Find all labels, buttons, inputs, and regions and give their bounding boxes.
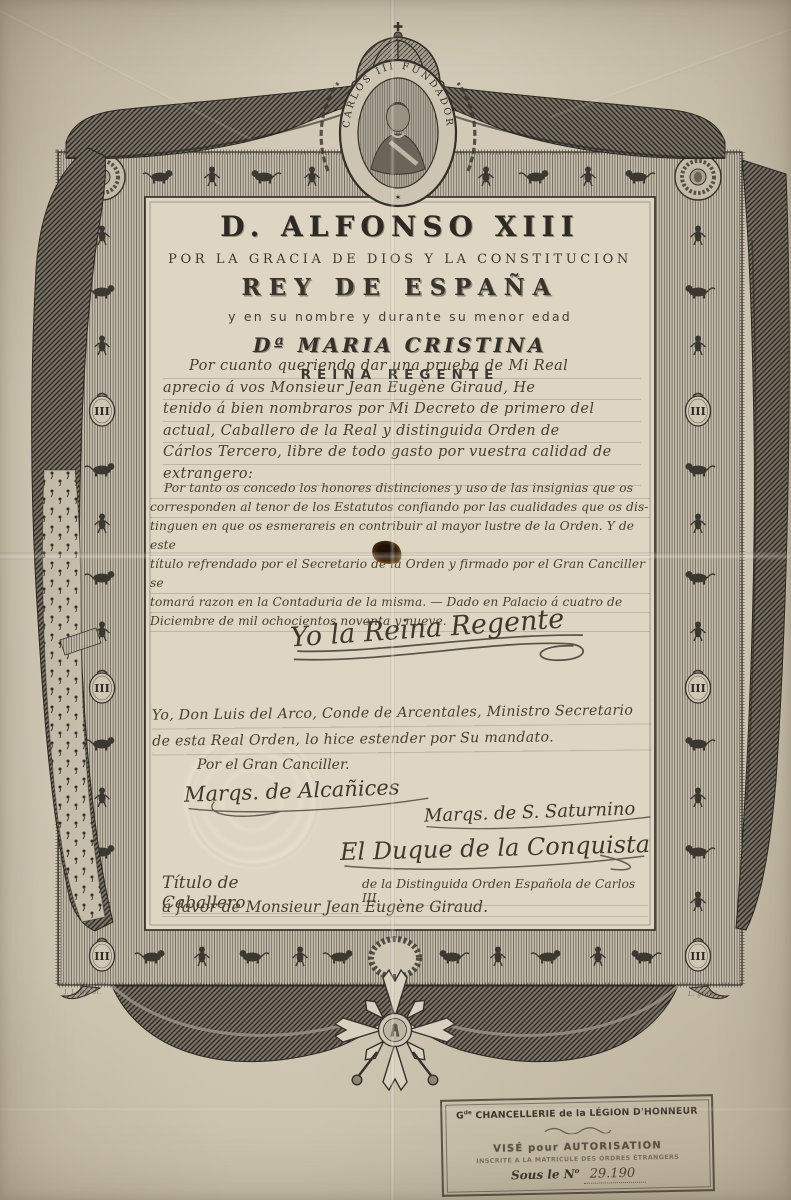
stamp-g: G xyxy=(456,1110,464,1121)
hand-line: Cárlos Tercero, libre de todo gasto por … xyxy=(163,442,641,464)
hand-line: corresponden al tenor de los Estatutos c… xyxy=(150,498,650,517)
stamp-sup: de xyxy=(464,1110,472,1116)
body-paragraph-1: Por cuanto queriendo dar una prueba de M… xyxy=(163,356,641,485)
legion-stamp: Gde CHANCELLERIE de la LÉGION D'HONNEUR … xyxy=(440,1094,715,1197)
favor-line: á favor de Monsieur Jean Eugène Giraud. xyxy=(162,898,648,916)
legion-stamp-frame: Gde CHANCELLERIE de la LÉGION D'HONNEUR … xyxy=(445,1099,711,1193)
king-title: D. ALFONSO XIII xyxy=(145,210,655,243)
medallion-star: ✶ xyxy=(395,193,402,202)
stamp-chancellerie: CHANCELLERIE de la LÉGION D'HONNEUR xyxy=(472,1105,698,1121)
engraver-credit-right: L. grabó xyxy=(688,991,718,998)
secretary-note: Yo, Don Luis del Arco, Conde de Arcental… xyxy=(152,697,653,754)
sous-sup: o xyxy=(575,1166,580,1175)
svg-text:III: III xyxy=(94,950,109,963)
laurel-wreath-icon xyxy=(370,938,420,978)
hand-line: Por tanto os concedo los honores distinc… xyxy=(150,479,650,498)
grace-line: POR LA GRACIA DE DIOS Y LA CONSTITUCION xyxy=(145,252,655,267)
svg-text:III: III xyxy=(690,950,705,963)
gran-canciller-text: Por el Gran Canciller. xyxy=(197,757,350,773)
svg-text:III: III xyxy=(94,682,109,695)
gran-canciller-label: Por el Gran Canciller. xyxy=(197,757,350,773)
stamp-divider-squiggle xyxy=(542,1126,612,1134)
svg-text:III: III xyxy=(94,405,109,418)
aged-paper-background: III III III III III III xyxy=(0,0,791,1200)
svg-text:III: III xyxy=(690,405,705,418)
stamp-line-1: Gde CHANCELLERIE de la LÉGION D'HONNEUR xyxy=(450,1105,704,1121)
hand-line: tenido á bien nombraros por Mi Decreto d… xyxy=(163,399,641,421)
hand-line: tomará razon en la Contaduria de la mism… xyxy=(150,593,650,612)
hand-line: Yo, Don Luis del Arco, Conde de Arcental… xyxy=(152,697,652,728)
maria-cristina: Dª MARIA CRISTINA xyxy=(145,333,655,357)
stamp-number: 29.190 xyxy=(584,1165,646,1183)
hand-line: de esta Real Orden, lo hice estender por… xyxy=(152,723,652,754)
sous-le-no-label: Sous le N xyxy=(511,1167,575,1182)
engraver-credit-left: J. Latre dl. xyxy=(64,989,102,996)
hand-line: actual, Caballero de la Real y distingui… xyxy=(163,421,641,443)
favor-line-text: á favor de Monsieur Jean Eugène Giraud. xyxy=(162,898,488,916)
hand-line: Por cuanto queriendo dar una prueba de M… xyxy=(163,356,641,378)
rey-de-espana: REY DE ESPAÑA xyxy=(145,274,655,301)
svg-text:III: III xyxy=(690,682,705,695)
regency-line: y en su nombre y durante su menor edad xyxy=(145,309,655,324)
hand-line: aprecio á vos Monsieur Jean Eugène Girau… xyxy=(163,378,641,400)
hand-line: título refrendado por el Secretario de l… xyxy=(150,555,650,593)
stamp-line-4: Sous le No 29.190 xyxy=(451,1163,705,1184)
